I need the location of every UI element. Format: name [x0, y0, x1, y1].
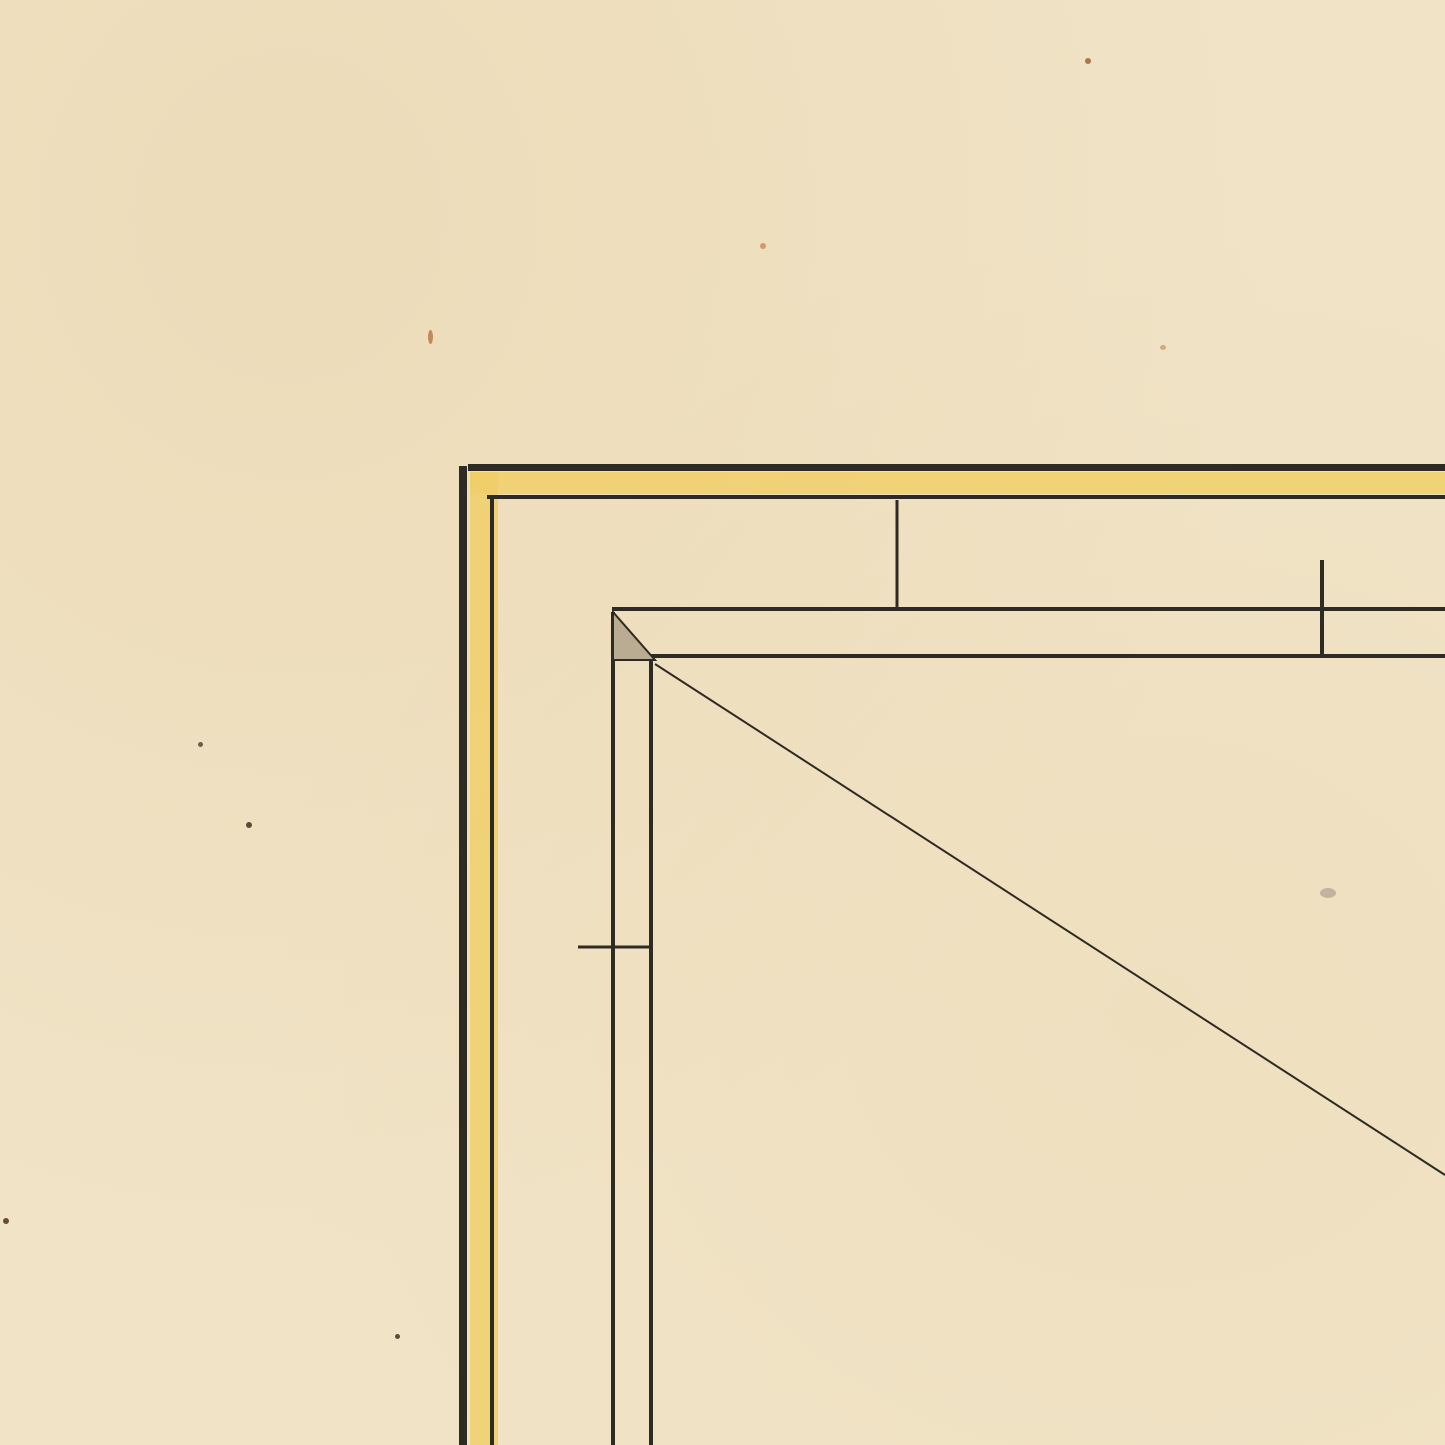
rhumb-line [655, 664, 1445, 1175]
map-linework [0, 0, 1445, 1445]
corner-ornament [613, 612, 655, 660]
